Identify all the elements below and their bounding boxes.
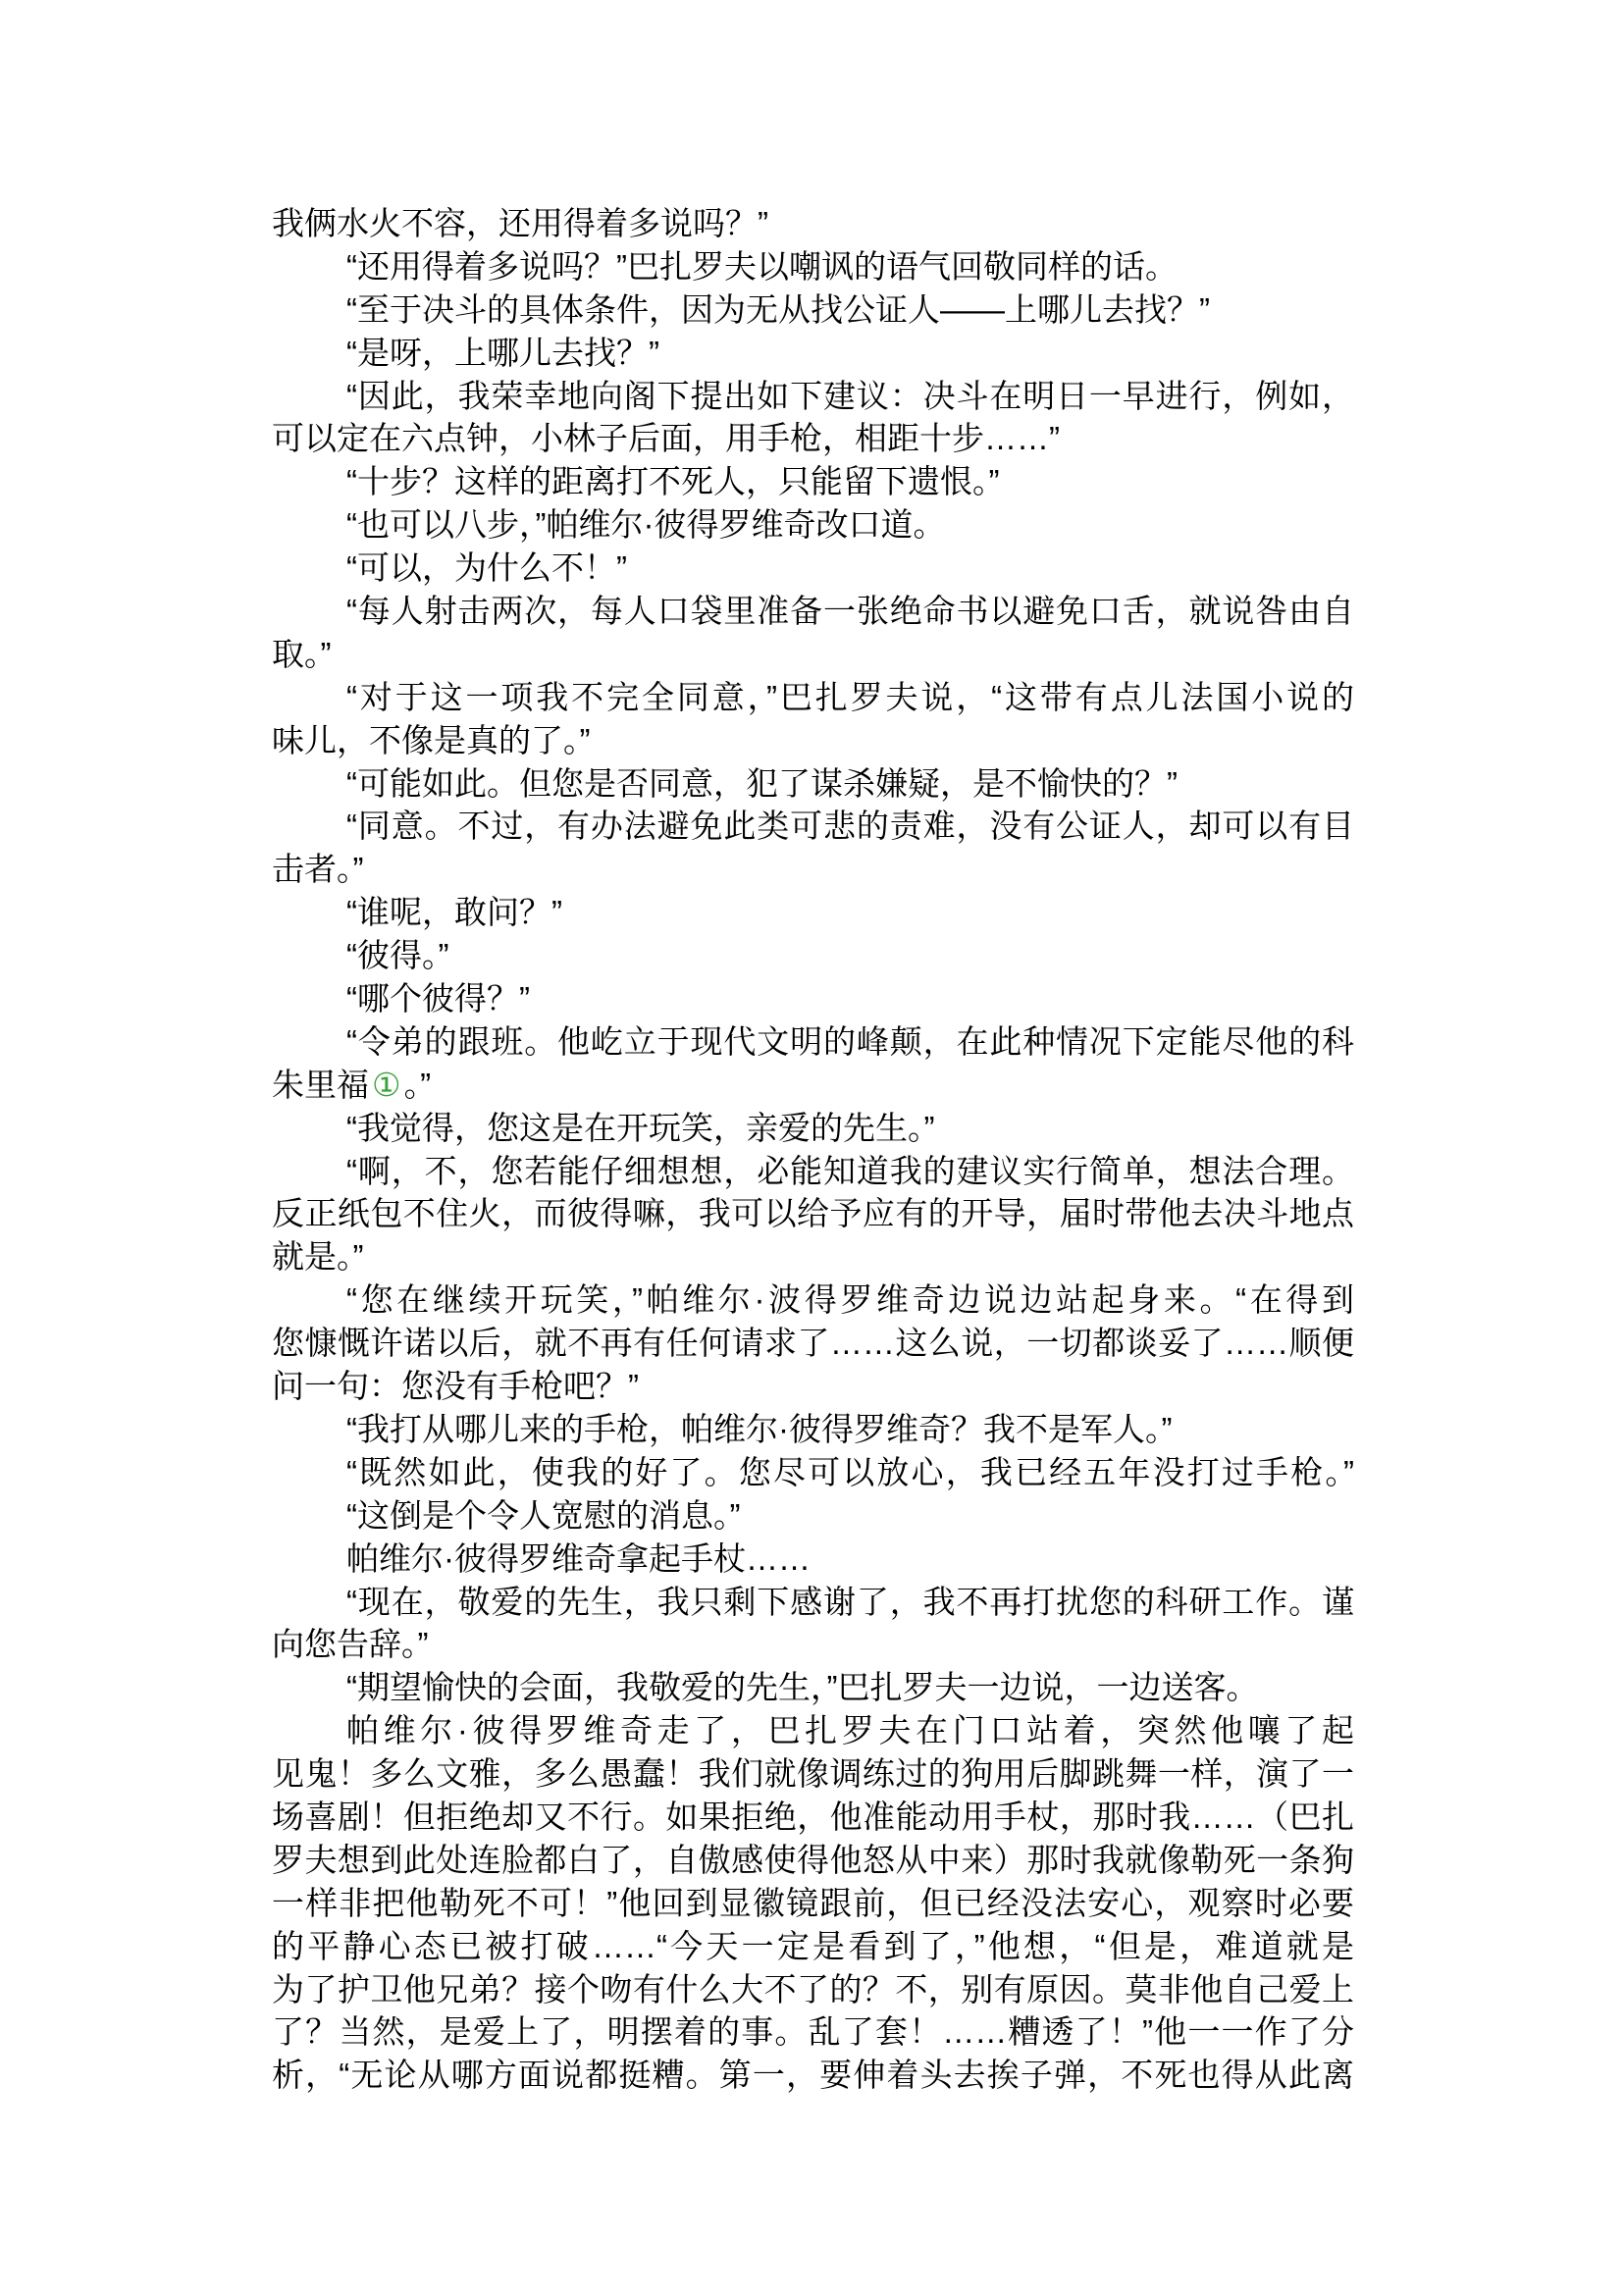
text-line-12: “对于这一项我不完全同意，”巴扎罗夫说，“这带有点儿法国小说的 [272, 676, 1354, 719]
text-line-43: 了？当然，是爱上了，明摆着的事。乱了套！……糟透了！”他一一作了分 [272, 2010, 1354, 2054]
text-line-18: “彼得。” [272, 934, 1354, 977]
text-line-29: “我打从哪儿来的手枪，帕维尔·彼得罗维奇？我不是军人。” [272, 1408, 1354, 1451]
footnote-marker-1[interactable]: ① [370, 1064, 403, 1107]
text-line-38: 场喜剧！但拒绝却又不行。如果拒绝，他准能动用手杖，那时我……（巴扎 [272, 1796, 1354, 1839]
text-line-5: “因此，我荣幸地向阁下提出如下建议：决斗在明日一早进行，例如， [272, 375, 1354, 418]
text-line-17: “谁呢，敢问？” [272, 891, 1354, 934]
text-line-41: 的平静心态已被打破……“今天一定是看到了，”他想，“但是，难道就是 [272, 1925, 1354, 1968]
text-line-9: “可以，为什么不！” [272, 547, 1354, 590]
text-line-33: “现在，敬爱的先生，我只剩下感谢了，我不再打扰您的科研工作。谨 [272, 1581, 1354, 1624]
text-line-34: 向您告辞。” [272, 1623, 1354, 1666]
text-line-32: 帕维尔·彼得罗维奇拿起手杖…… [272, 1538, 1354, 1581]
footnote-line-pre: 朱里福 [272, 1067, 369, 1103]
text-line-21: 朱里福①。” [272, 1064, 1354, 1107]
text-line-15: “同意。不过，有办法避免此类可悲的责难，没有公证人，却可以有目 [272, 805, 1354, 848]
text-line-22: “我觉得，您这是在开玩笑，亲爱的先生。” [272, 1107, 1354, 1150]
text-line-26: “您在继续开玩笑，”帕维尔·波得罗维奇边说边站起身来。“在得到 [272, 1278, 1354, 1322]
text-line-13: 味儿，不像是真的了。” [272, 719, 1354, 762]
text-line-10: “每人射击两次，每人口袋里准备一张绝命书以避免口舌，就说咎由自 [272, 590, 1354, 633]
text-line-4: “是呀，上哪儿去找？” [272, 332, 1354, 375]
text-line-42: 为了护卫他兄弟？接个吻有什么大不了的？不，别有原因。莫非他自己爱上 [272, 1968, 1354, 2011]
text-line-35: “期望愉快的会面，我敬爱的先生，”巴扎罗夫一边说，一边送客。 [272, 1666, 1354, 1709]
text-line-19: “哪个彼得？” [272, 977, 1354, 1020]
text-line-1: 我俩水火不容，还用得着多说吗？” [272, 202, 1354, 245]
text-line-37: 见鬼！多么文雅，多么愚蠢！我们就像调练过的狗用后脚跳舞一样，演了一 [272, 1752, 1354, 1796]
text-line-11: 取。” [272, 633, 1354, 676]
text-line-28: 问一句：您没有手枪吧？” [272, 1365, 1354, 1408]
text-line-36: 帕维尔·彼得罗维奇走了，巴扎罗夫在门口站着，突然他嚷了起来：“呸， [272, 1709, 1354, 1752]
text-line-20: “令弟的跟班。他屹立于现代文明的峰颠，在此种情况下定能尽他的科 [272, 1020, 1354, 1064]
text-line-8: “也可以八步，”帕维尔·彼得罗维奇改口道。 [272, 503, 1354, 547]
text-line-44: 析，“无论从哪方面说都挺糟。第一，要伸着头去挨子弹，不死也得从此离 [272, 2054, 1354, 2097]
text-line-7: “十步？这样的距离打不死人，只能留下遗恨。” [272, 460, 1354, 503]
text-line-16: 击者。” [272, 848, 1354, 891]
text-line-14: “可能如此。但您是否同意，犯了谋杀嫌疑，是不愉快的？” [272, 762, 1354, 806]
text-line-23: “啊，不，您若能仔细想想，必能知道我的建议实行简单，想法合理。 [272, 1150, 1354, 1193]
text-line-40: 一样非把他勒死不可！”他回到显徽镜跟前，但已经没法安心，观察时必要 [272, 1882, 1354, 1925]
text-line-6: 可以定在六点钟，小林子后面，用手枪，相距十步……” [272, 417, 1354, 460]
text-line-31: “这倒是个令人宽慰的消息。” [272, 1494, 1354, 1538]
text-line-25: 就是。” [272, 1235, 1354, 1278]
text-line-27: 您慷慨许诺以后，就不再有任何请求了……这么说，一切都谈妥了……顺便 [272, 1322, 1354, 1365]
footnote-line-post: 。” [404, 1067, 432, 1103]
text-line-30: “既然如此，使我的好了。您尽可以放心，我已经五年没打过手枪。” [272, 1451, 1354, 1494]
text-line-2: “还用得着多说吗？”巴扎罗夫以嘲讽的语气回敬同样的话。 [272, 245, 1354, 288]
document-page: 我俩水火不容，还用得着多说吗？”“还用得着多说吗？”巴扎罗夫以嘲讽的语气回敬同样… [0, 0, 1624, 2294]
text-line-24: 反正纸包不住火，而彼得嘛，我可以给予应有的开导，届时带他去决斗地点 [272, 1192, 1354, 1235]
text-line-3: “至于决斗的具体条件，因为无从找公证人——上哪儿去找？” [272, 288, 1354, 332]
text-block: 我俩水火不容，还用得着多说吗？”“还用得着多说吗？”巴扎罗夫以嘲讽的语气回敬同样… [272, 202, 1354, 2097]
text-line-39: 罗夫想到此处连脸都白了，自傲感使得他怒从中来）那时我就像勒死一条狗 [272, 1839, 1354, 1882]
